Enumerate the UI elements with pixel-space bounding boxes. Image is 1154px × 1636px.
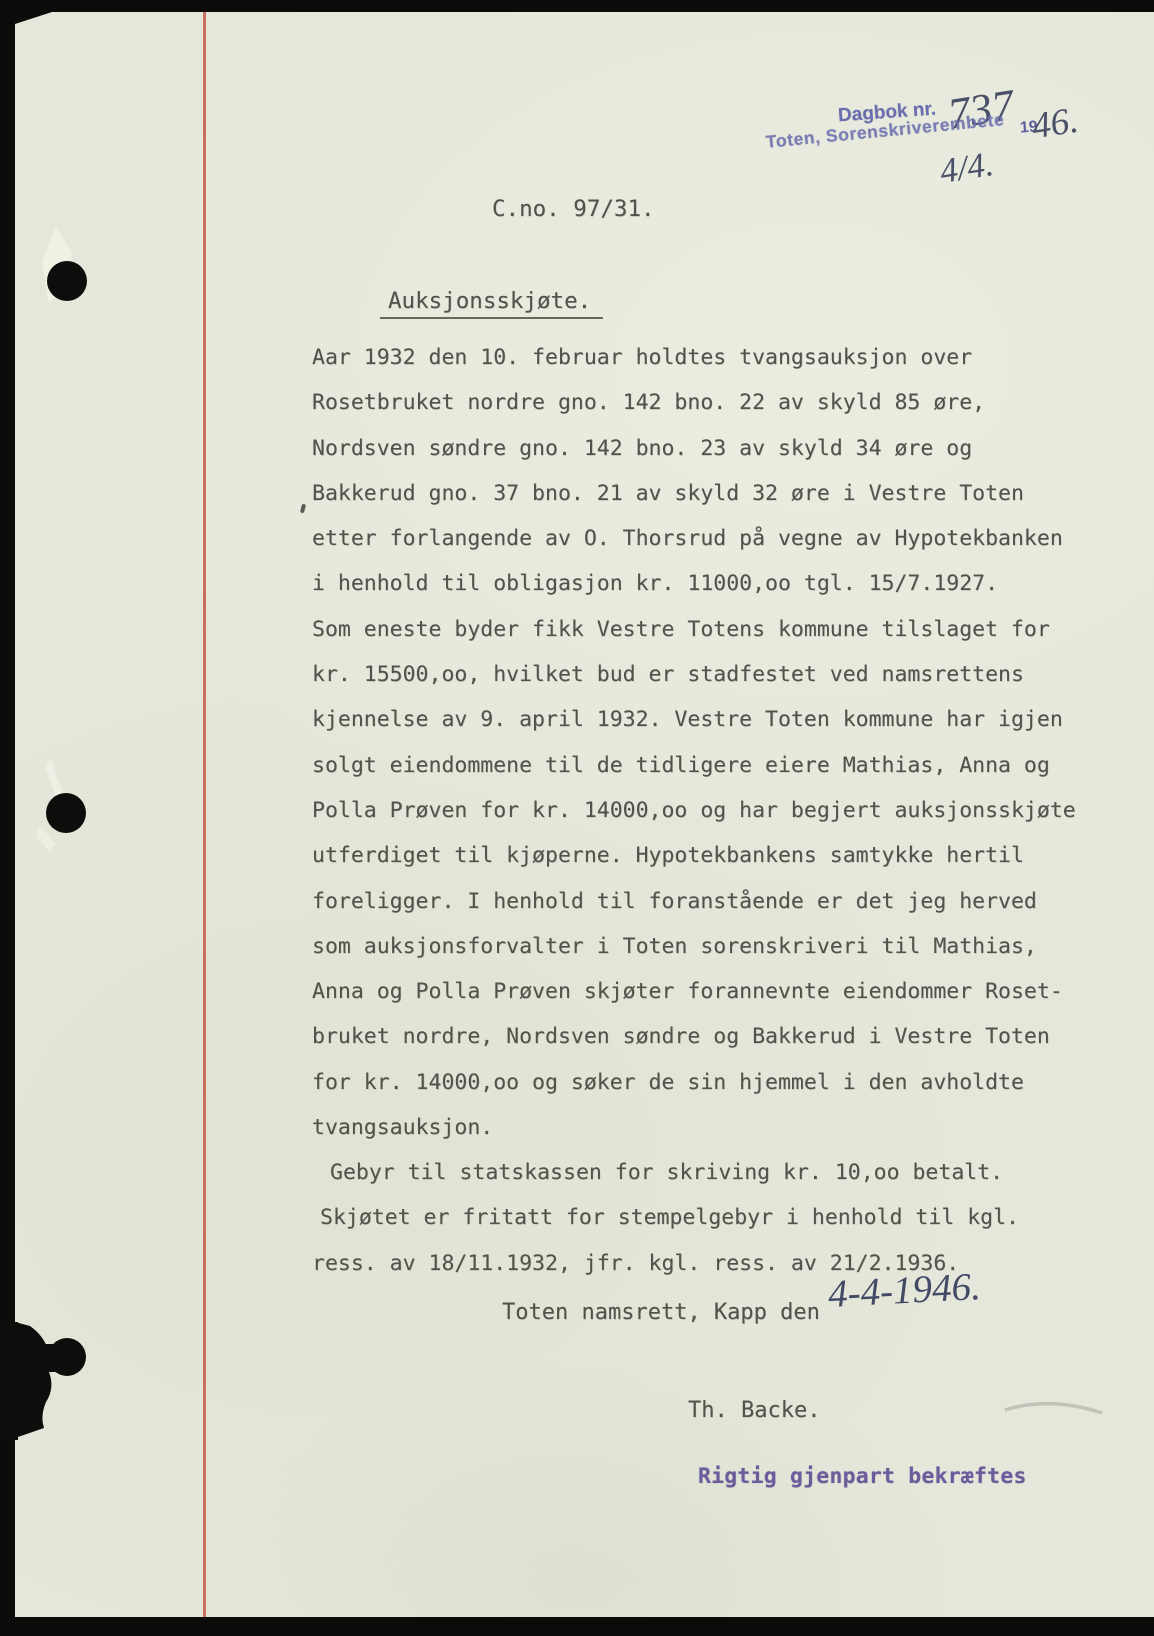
handwritten-closing-date: 4-4-1946. (827, 1264, 982, 1317)
text-line: Rosetbruket nordre gno. 142 bno. 22 av s… (312, 380, 1076, 425)
scanned-page: Dagbok nr. 737 19 46. Toten, Sorenskrive… (0, 0, 1154, 1636)
text-line: Bakkerud gno. 37 bno. 21 av skyld 32 øre… (312, 471, 1076, 516)
body-lines: Aar 1932 den 10. februar holdtes tvangsa… (312, 335, 1076, 1150)
text-line: solgt eiendommene til de tidligere eiere… (312, 743, 1076, 788)
margin-rule-line (203, 12, 206, 1617)
text-line: Som eneste byder fikk Vestre Totens komm… (312, 607, 1076, 652)
text-line: utferdiget til kjøperne. Hypotekbankens … (312, 833, 1076, 878)
text-line: foreligger. I henhold til foranstående e… (312, 879, 1076, 924)
text-line: Skjøtet er fritatt for stempelgebyr i he… (320, 1195, 1019, 1240)
text-line: etter forlangende av O. Thorsrud på vegn… (312, 516, 1076, 561)
text-line: bruket nordre, Nordsven søndre og Bakker… (312, 1014, 1076, 1059)
text-line: kjennelse av 9. april 1932. Vestre Toten… (312, 697, 1076, 742)
document-heading: Auksjonsskjøte. (380, 288, 603, 319)
handwritten-stamp-date: 4/4. (937, 144, 996, 192)
text-line: som auksjonsforvalter i Toten sorenskriv… (312, 924, 1076, 969)
text-line: tvangsauksjon. (312, 1105, 1076, 1150)
text-line: Nordsven søndre gno. 142 bno. 23 av skyl… (312, 426, 1076, 471)
text-line: kr. 15500,oo, hvilket bud er stadfestet … (312, 652, 1076, 697)
text-line: Polla Prøven for kr. 14000,oo og har beg… (312, 788, 1076, 833)
certification-stamp-text: Rigtig gjenpart bekræftes (698, 1464, 1027, 1489)
text-line: i henhold til obligasjon kr. 11000,oo tg… (312, 561, 1076, 606)
text-line: Anna og Polla Prøven skjøter forannevnte… (312, 969, 1076, 1014)
fee-lines: Gebyr til statskassen for skriving kr. 1… (312, 1150, 1019, 1286)
handwritten-year: 46. (1029, 99, 1081, 149)
closing-place-line: Toten namsrett, Kapp den (502, 1290, 820, 1335)
text-line: Gebyr til statskassen for skriving kr. 1… (330, 1150, 1019, 1195)
text-line: Aar 1932 den 10. februar holdtes tvangsa… (312, 335, 1076, 380)
signer-name: Th. Backe. (688, 1398, 820, 1423)
case-number: C.no. 97/31. (492, 196, 655, 222)
text-line: for kr. 14000,oo og søker de sin hjemmel… (312, 1060, 1076, 1105)
